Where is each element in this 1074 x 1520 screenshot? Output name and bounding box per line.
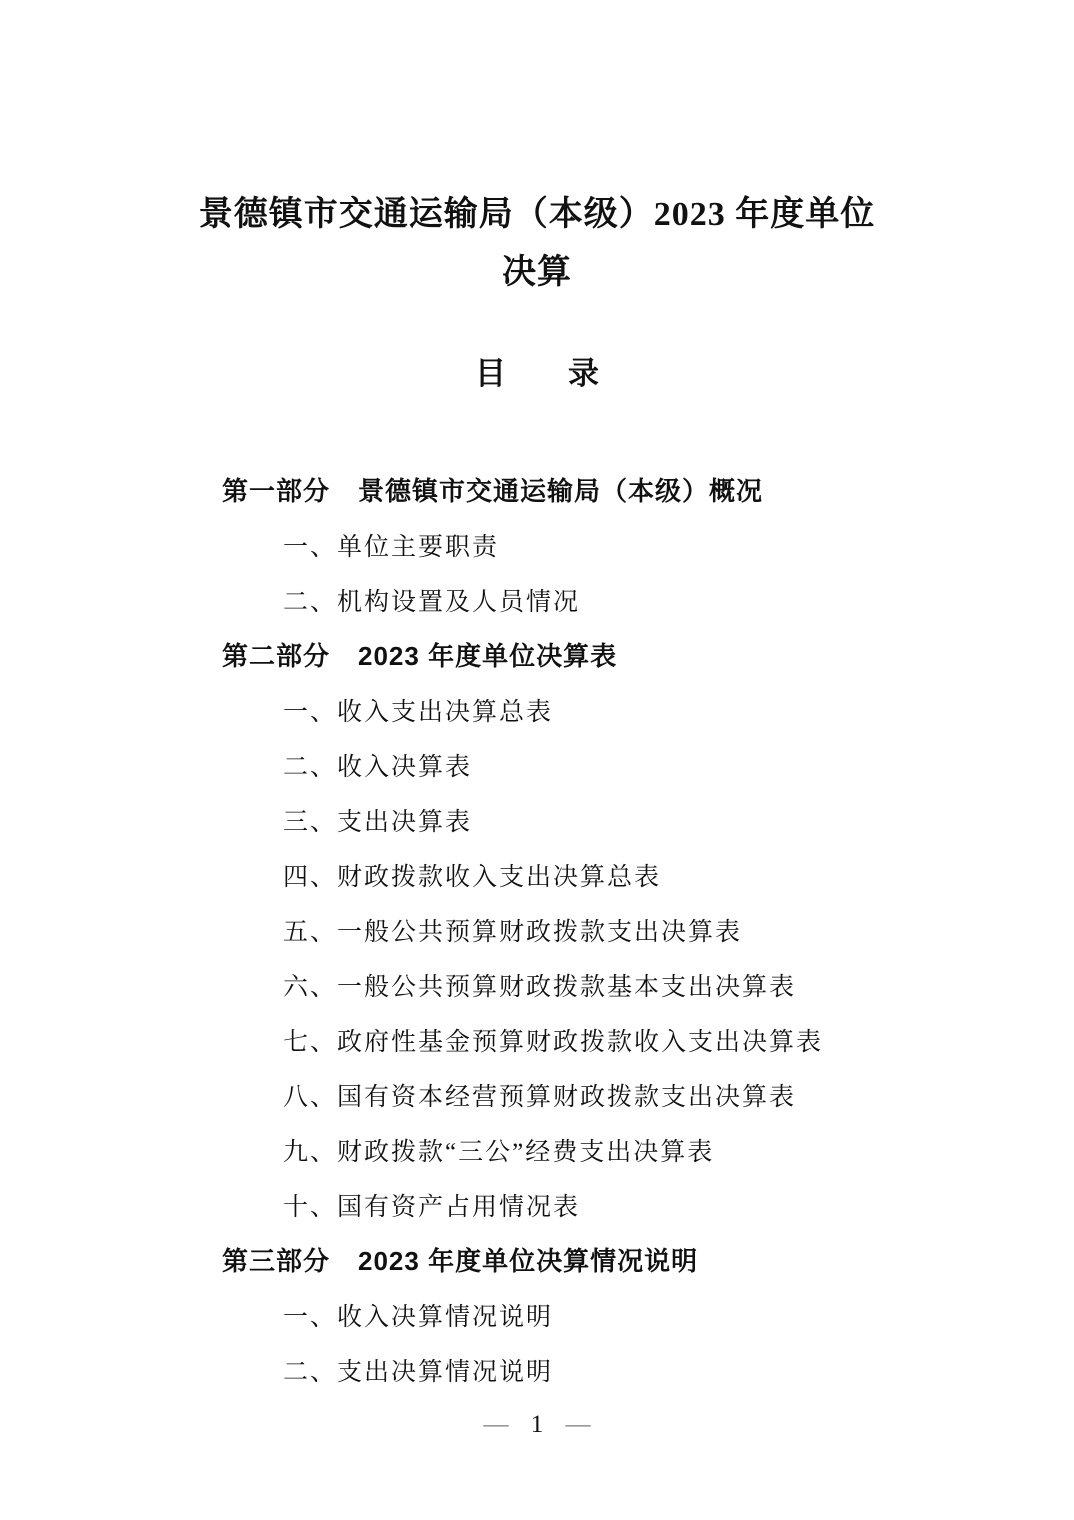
toc-item: 七、政府性基金预算财政拨款收入支出决算表: [222, 1012, 994, 1067]
table-of-contents: 第一部分 景德镇市交通运输局（本级）概况 一、单位主要职责 二、机构设置及人员情…: [222, 462, 994, 1397]
footer-dash-left: —: [484, 1411, 509, 1438]
section-label: 第一部分: [222, 471, 330, 508]
page-footer: — 1 —: [0, 1400, 1074, 1450]
page-number: 1: [531, 1411, 544, 1438]
toc-heading: 目 录: [0, 352, 1074, 396]
footer-dash-right: —: [566, 1411, 591, 1438]
toc-section-heading-3: 第三部分 2023 年度单位决算情况说明: [222, 1232, 994, 1287]
toc-item: 一、单位主要职责: [222, 517, 994, 572]
toc-item: 三、支出决算表: [222, 792, 994, 847]
section-label: 第三部分: [222, 1241, 330, 1278]
section-title: 2023 年度单位决算表: [358, 636, 617, 673]
toc-item: 一、收入决算情况说明: [222, 1287, 994, 1342]
toc-item: 二、机构设置及人员情况: [222, 572, 994, 627]
toc-item: 五、一般公共预算财政拨款支出决算表: [222, 902, 994, 957]
toc-item: 十、国有资产占用情况表: [222, 1177, 994, 1232]
section-label: 第二部分: [222, 636, 330, 673]
toc-section-heading-2: 第二部分 2023 年度单位决算表: [222, 627, 994, 682]
section-title: 景德镇市交通运输局（本级）概况: [358, 471, 763, 508]
toc-item: 一、收入支出决算总表: [222, 682, 994, 737]
document-page: 景德镇市交通运输局（本级）2023 年度单位 决算 目 录 第一部分 景德镇市交…: [0, 0, 1074, 1520]
toc-section-heading-1: 第一部分 景德镇市交通运输局（本级）概况: [222, 462, 994, 517]
toc-item: 二、收入决算表: [222, 737, 994, 792]
document-title: 景德镇市交通运输局（本级）2023 年度单位 决算: [0, 186, 1074, 302]
toc-item: 二、支出决算情况说明: [222, 1342, 994, 1397]
toc-item: 六、一般公共预算财政拨款基本支出决算表: [222, 957, 994, 1012]
toc-item: 八、国有资本经营预算财政拨款支出决算表: [222, 1067, 994, 1122]
section-title: 2023 年度单位决算情况说明: [358, 1241, 698, 1278]
toc-item: 九、财政拨款“三公”经费支出决算表: [222, 1122, 994, 1177]
toc-item: 四、财政拨款收入支出决算总表: [222, 847, 994, 902]
